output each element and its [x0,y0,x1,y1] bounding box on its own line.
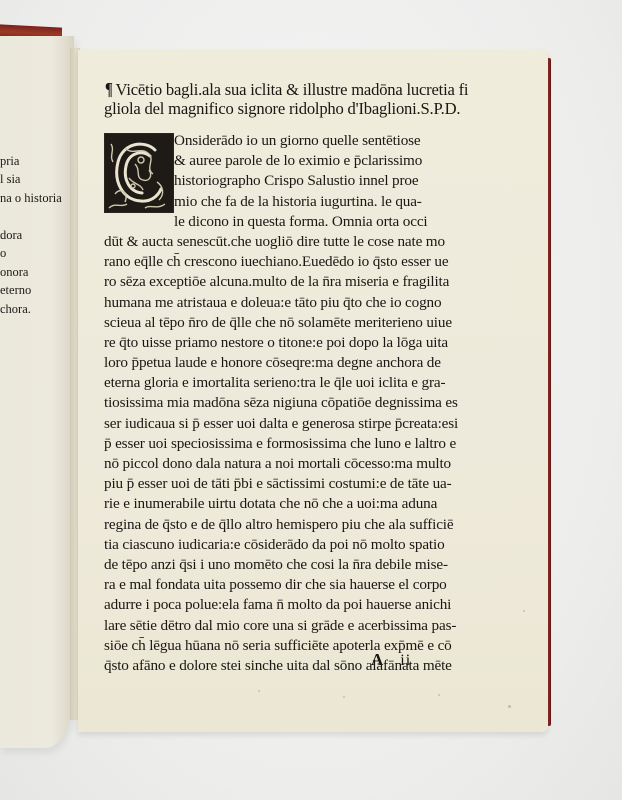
left-page-line: eterno [0,281,72,300]
body-line: regina de q̄sto e de q̄llo altro hemispe… [104,515,504,535]
left-page-text: pria l sia na o historia dora o onora et… [0,133,72,318]
decorated-initial-c-icon [104,133,174,213]
text-block: ¶Vicētio bagli.ala sua iclita & illustre… [104,79,504,676]
left-page-line: onora [0,263,72,282]
body-line: humana me atristaua e doleua:e tāto piu … [104,293,504,313]
body-line: ro sēza exceptiōe alcuna.multo de la n̄r… [104,272,504,292]
body-line: piu p̄ esser uoi de tāti p̄bi e sāctissi… [104,474,504,494]
left-page-verso: pria l sia na o historia dora o onora et… [0,36,74,748]
pilcrow-icon: ¶ [105,79,113,99]
body-line: rano eq̄lle ch̄ crescono iuechiano.Euedē… [104,252,504,272]
body-line: tiosissima mia madōna sēza nigiuna cōpat… [104,393,504,413]
heading-line-2: gliola del magnifico signore ridolpho d'… [104,99,504,119]
signature-numeral: ii [400,652,411,669]
left-page-line: dora [0,226,72,245]
right-page-recto: ¶Vicētio bagli.ala sua iclita & illustre… [78,50,548,732]
body-line: re q̄to uisse priamo nestore o titone:e … [104,333,504,353]
left-page-line: l sia [0,170,72,189]
left-page-line [0,207,72,226]
body-line: p̄ esser uoi speciosissima e formosissim… [104,434,504,454]
left-page-line: chora. [0,300,72,319]
body-line: le dicono in questa forma. Omnia orta oc… [104,212,504,232]
body-line: nō piccol dono dala natura a noi mortali… [104,454,504,474]
body-line: q̄sto afāno e dolore stei sinche uita da… [104,656,504,676]
signature-letter: A [371,650,384,669]
body-line: adurre i poca polue:ela fama n̄ molto da… [104,595,504,615]
body-line: loro p̄petua laude e honore cōseqre:ma d… [104,353,504,373]
body-line: siōe ch̄ lēgua hūana nō seria sufficiēte… [104,636,504,656]
left-page-line [0,133,72,152]
body-line: tia ciascuno iudicaria:e cōsiderādo da p… [104,535,504,555]
body-line: scieua al tēpo n̄ro de q̄lle che nō sola… [104,313,504,333]
body-line: eterna gloria e imortalita serieno:tra l… [104,373,504,393]
left-page-line: na o historia [0,189,72,208]
body-line: rie e inumerabile uirtu dotata che nō ch… [104,494,504,514]
body-line: de tēpo anzi q̄si i uno momēto che cosi … [104,555,504,575]
left-page-line: o [0,244,72,263]
heading-line-1: ¶Vicētio bagli.ala sua iclita & illustre… [104,79,504,99]
body-line: lare sētie dētro dal mio core una si grā… [104,616,504,636]
signature-mark: Aii [371,650,411,670]
left-page-line: pria [0,152,72,171]
body-text: Onsiderādo io un giorno quelle sentētios… [104,131,504,676]
body-line: dūt & aucta senescūt.che uogliō dire tut… [104,232,504,252]
body-line: ser iudicaua si p̄ esser uoi dalta e gen… [104,414,504,434]
heading-text: Vicētio bagli.ala sua iclita & illustre … [116,80,469,99]
body-line: ra e mal fondata uita possemo dir che si… [104,575,504,595]
